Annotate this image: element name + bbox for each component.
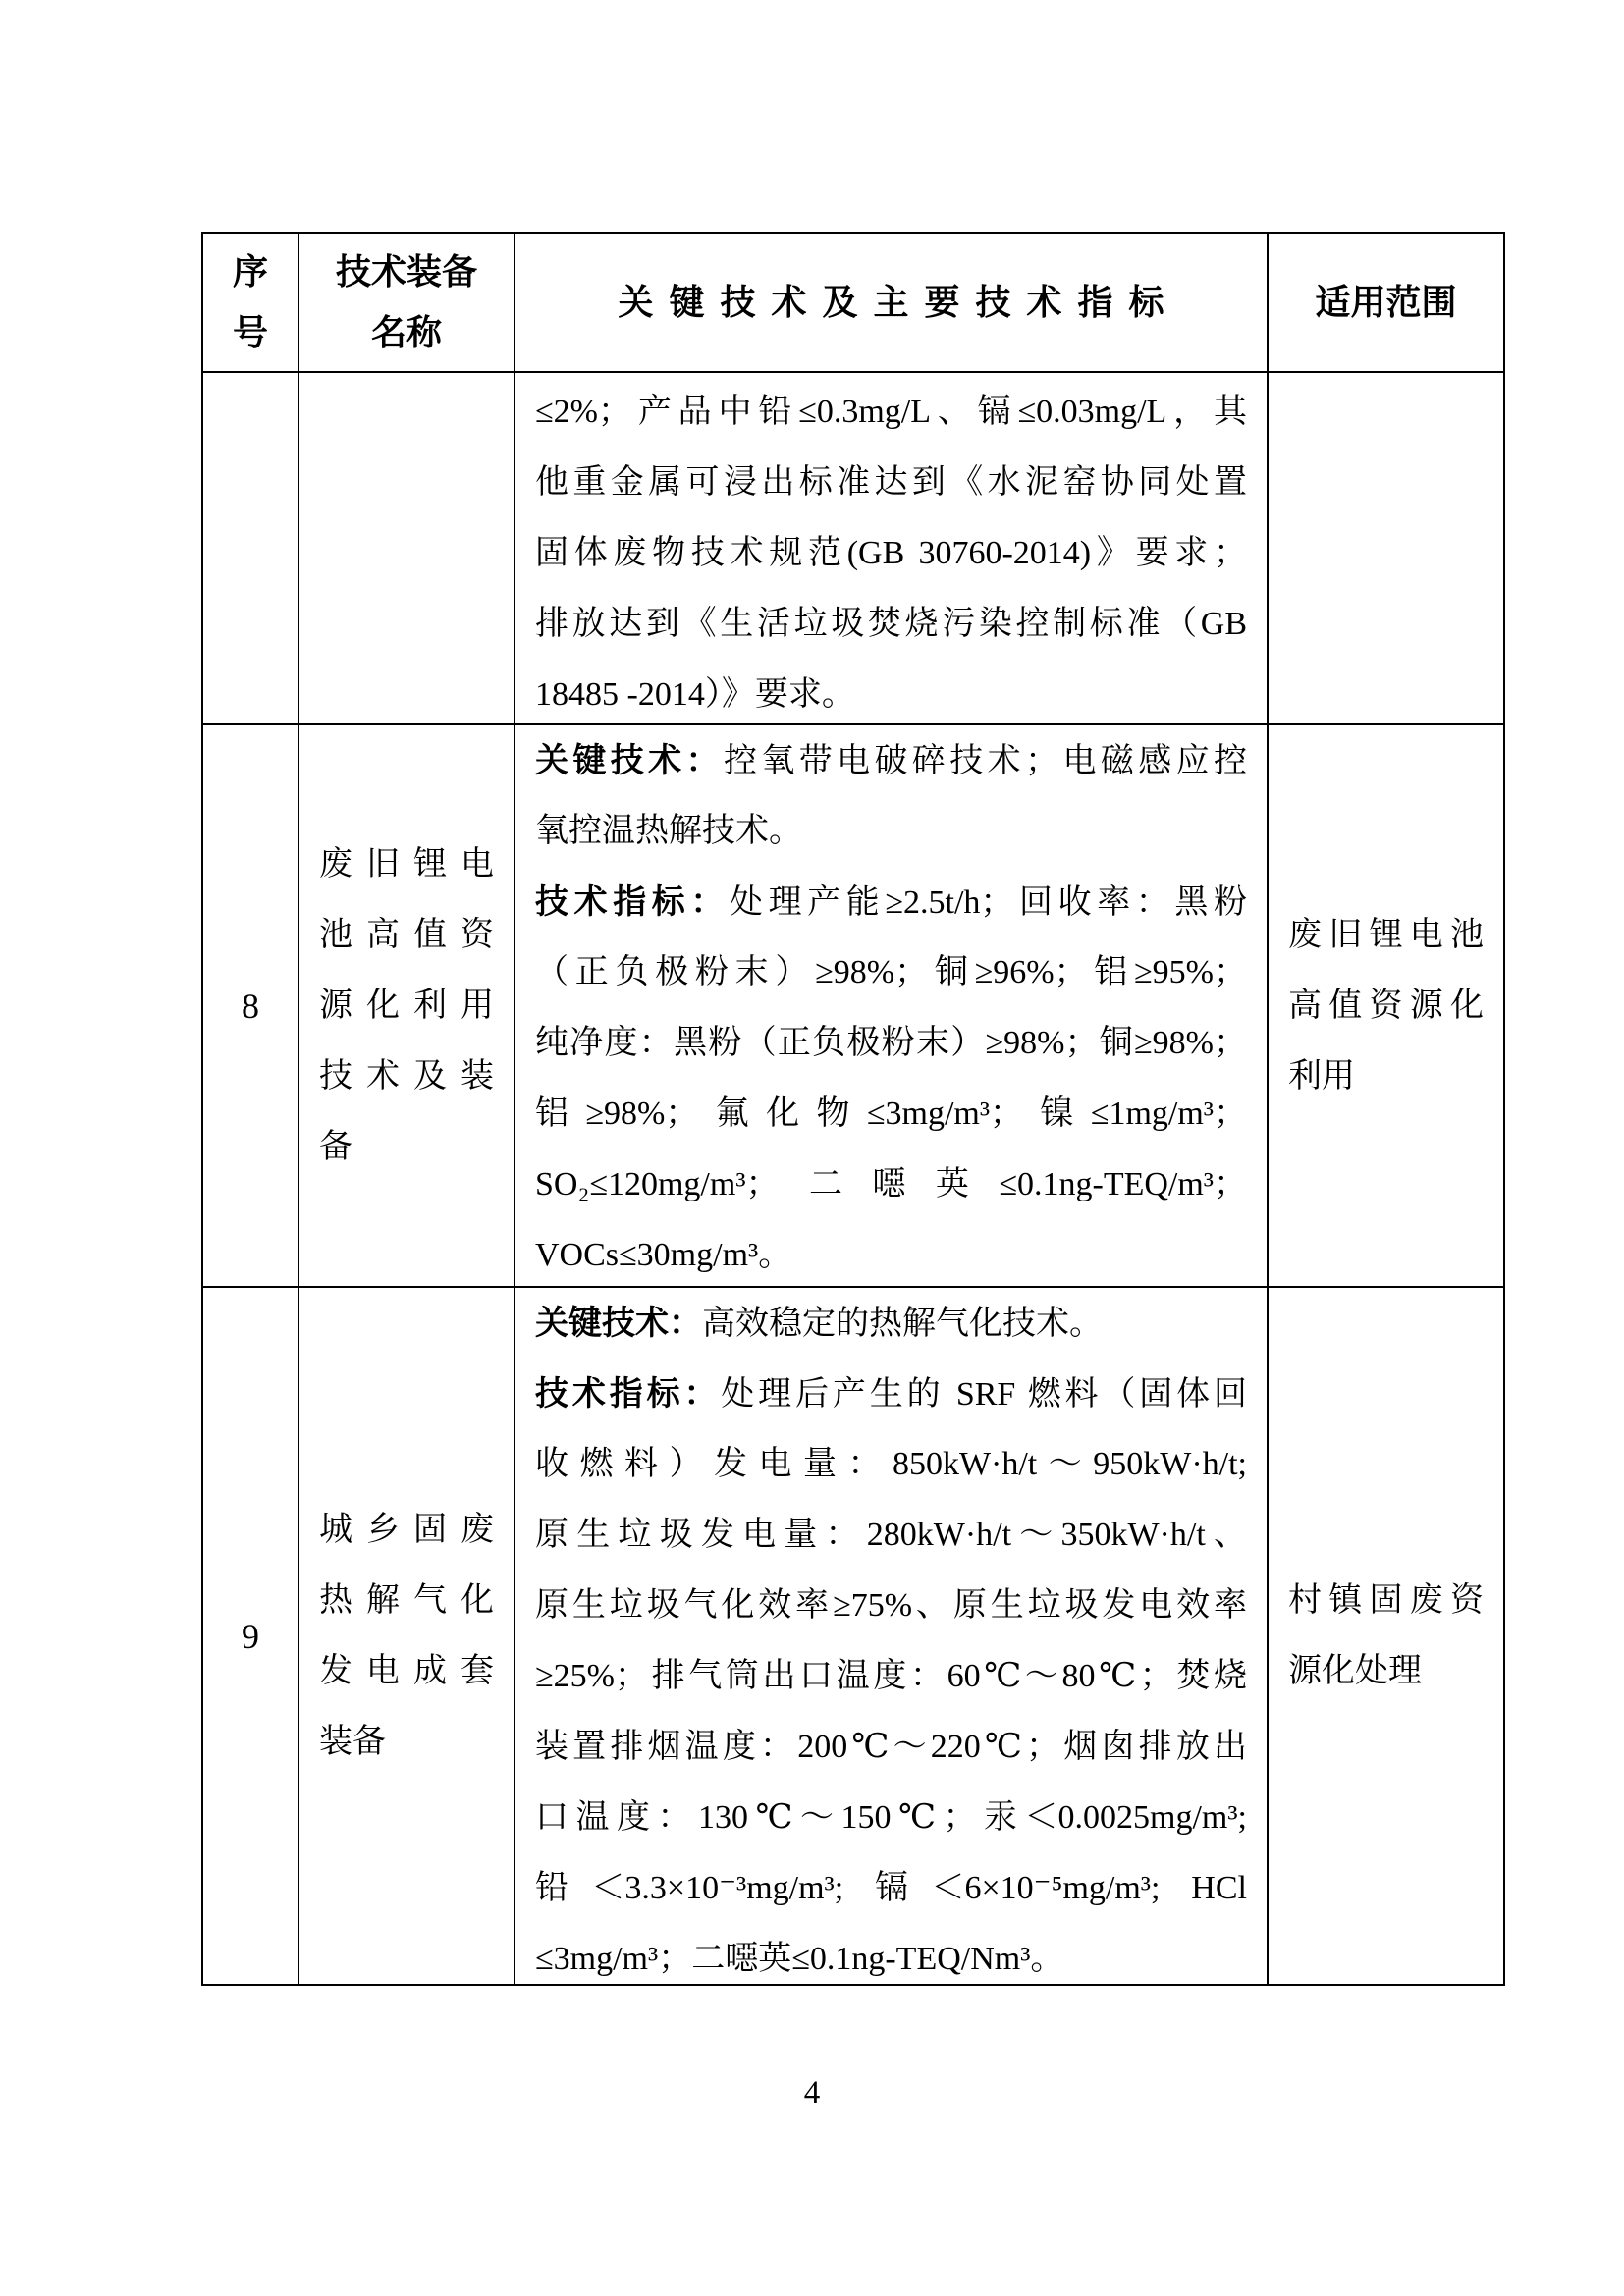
row-8-scope-cell: 废旧锂电池 高值资源化 利用 (1269, 725, 1503, 1288)
scope-line: 源化处理 (1288, 1636, 1484, 1707)
spec-line: 装置排烟温度：200℃～220℃；烟囱排放出 (535, 1712, 1247, 1783)
header-serial-line2: 号 (233, 302, 268, 363)
row-cont-serial-cell (203, 373, 299, 725)
header-cell-serial-no: 序 号 (203, 234, 299, 373)
name-line: 城乡固废 (319, 1495, 494, 1566)
row-cont-spec-cell: ≤2%；产品中铅≤0.3mg/L、镉≤0.03mg/L，其 他重金属可浸出标准达… (515, 373, 1269, 725)
key-tech-label: 关键技术： (535, 1305, 702, 1342)
spec-line: ≤3mg/m³；二噁英≤0.1ng-TEQ/Nm³。 (535, 1924, 1247, 1984)
spec-line: 铅＜3.3×10⁻³mg/m³; 镉＜6×10⁻⁵mg/m³; HCl (535, 1853, 1247, 1924)
row-9-spec-cell: 关键技术：高效稳定的热解气化技术。 技术指标：处理后产生的 SRF 燃料（固体回… (515, 1288, 1269, 1984)
row-8-name-cell: 废旧锂电 池高值资 源化利用 技术及装 备 (299, 725, 515, 1288)
row-cont-name-cell (299, 373, 515, 725)
spec-line: 18485 -2014）》要求。 (535, 660, 1247, 725)
header-name-line1: 技术装备 (336, 241, 477, 302)
spec-line: ≤2%；产品中铅≤0.3mg/L、镉≤0.03mg/L，其 (535, 377, 1247, 448)
scope-line: 利用 (1288, 1041, 1484, 1112)
spec-line: 技术指标：处理后产生的 SRF 燃料（固体回 (535, 1359, 1247, 1429)
spec-line: 原生垃圾发电量：280kW·h/t～350kW·h/t、 (535, 1500, 1247, 1571)
spec-line: 铝≥98%；氟化物≤3mg/m³；镍≤1mg/m³； (535, 1079, 1247, 1149)
spec-text: 高效稳定的热解气化技术。 (702, 1306, 1103, 1342)
tech-index-label: 技术指标： (535, 1375, 721, 1413)
header-cell-scope: 适用范围 (1269, 234, 1503, 373)
tech-index-label: 技术指标： (535, 883, 730, 921)
spec-line: 氧控温热解技术。 (535, 796, 1247, 867)
header-name-line2: 名称 (371, 302, 442, 363)
spec-line: （正负极粉末）≥98%；铜≥96%；铝≥95%； (535, 937, 1247, 1008)
header-cell-key-tech: 关键技术及主要技术指标 (515, 234, 1269, 373)
equipment-spec-table: 序 号 技术装备 名称 关键技术及主要技术指标 适用范围 ≤2%；产品中铅≤0.… (201, 232, 1505, 1986)
spec-line: 原生垃圾气化效率≥75%、原生垃圾发电效率 (535, 1571, 1247, 1641)
name-line: 源化利用 (319, 971, 494, 1041)
document-page: 序 号 技术装备 名称 关键技术及主要技术指标 适用范围 ≤2%；产品中铅≤0.… (0, 0, 1624, 2296)
spec-text: 处理产能≥2.5t/h；回收率：黑粉 (730, 884, 1247, 921)
header-scope-label: 适用范围 (1315, 272, 1456, 333)
spec-line: ≥25%；排气筒出口温度：60℃～80℃；焚烧 (535, 1641, 1247, 1712)
spec-line: 固体废物技术规范(GB 30760-2014)》要求； (535, 518, 1247, 589)
header-key-tech-label: 关键技术及主要技术指标 (602, 272, 1179, 333)
spec-line: 关键技术：控氧带电破碎技术；电磁感应控 (535, 725, 1247, 796)
row-9-name-cell: 城乡固废 热解气化 发电成套 装备 (299, 1288, 515, 1984)
name-line: 废旧锂电 (319, 829, 494, 900)
spec-line: SO₂≤120mg/m³；二噁英≤0.1ng-TEQ/m³； (535, 1149, 1247, 1220)
row-9-serial-cell: 9 (203, 1288, 299, 1984)
page-number: 4 (0, 2061, 1624, 2124)
spec-line: 收燃料）发电量：850kW·h/t～950kW·h/t; (535, 1429, 1247, 1500)
name-line: 装备 (319, 1707, 494, 1778)
name-line: 技术及装 (319, 1041, 494, 1112)
spec-line: 关键技术：高效稳定的热解气化技术。 (535, 1288, 1247, 1359)
row-8-serial-number: 8 (242, 986, 259, 1027)
header-cell-equipment-name: 技术装备 名称 (299, 234, 515, 373)
spec-text: 处理后产生的 SRF 燃料（固体回 (721, 1376, 1247, 1413)
scope-line: 村镇固废资 (1288, 1566, 1484, 1636)
scope-line: 废旧锂电池 (1288, 900, 1484, 971)
row-8-serial-cell: 8 (203, 725, 299, 1288)
header-serial-line1: 序 (233, 241, 268, 302)
scope-line: 高值资源化 (1288, 971, 1484, 1041)
row-9-serial-number: 9 (242, 1616, 259, 1657)
spec-line: 纯净度：黑粉（正负极粉末）≥98%；铜≥98%； (535, 1008, 1247, 1079)
spec-line: 技术指标：处理产能≥2.5t/h；回收率：黑粉 (535, 867, 1247, 937)
row-cont-scope-cell (1269, 373, 1503, 725)
name-line: 发电成套 (319, 1636, 494, 1707)
spec-line: 他重金属可浸出标准达到《水泥窑协同处置 (535, 448, 1247, 518)
key-tech-label: 关键技术： (535, 742, 724, 779)
spec-line: VOCs≤30mg/m³。 (535, 1220, 1247, 1288)
name-line: 热解气化 (319, 1566, 494, 1636)
spec-line: 排放达到《生活垃圾焚烧污染控制标准（GB (535, 589, 1247, 660)
name-line: 备 (319, 1112, 494, 1183)
spec-text: 控氧带电破碎技术；电磁感应控 (724, 743, 1247, 779)
name-line: 池高值资 (319, 900, 494, 971)
spec-line: 口温度：130℃～150℃；汞＜0.0025mg/m³; (535, 1783, 1247, 1853)
row-8-spec-cell: 关键技术：控氧带电破碎技术；电磁感应控 氧控温热解技术。 技术指标：处理产能≥2… (515, 725, 1269, 1288)
row-9-scope-cell: 村镇固废资 源化处理 (1269, 1288, 1503, 1984)
